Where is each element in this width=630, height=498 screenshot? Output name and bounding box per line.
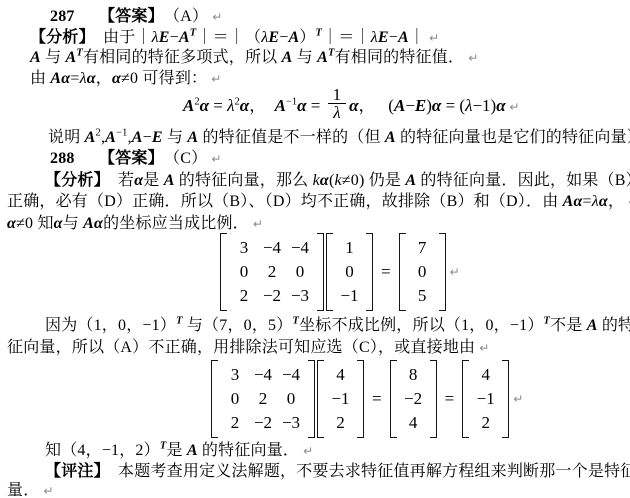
math-variable: Aα [50,70,70,87]
matrix-cell: −4 [249,364,277,386]
vector-result-cells: 7 0 5 [407,233,438,311]
matrix-cell: 2 [249,388,277,410]
math-variable: α [87,70,96,87]
text: （C） [156,150,207,167]
text: 与 [41,49,66,66]
paragraph-mark-icon: ↵ [624,195,630,209]
text: − [170,29,179,46]
text: 与 [292,49,317,66]
text: ， [249,96,275,115]
vector-cell: 0 [336,261,363,283]
superscript-T: T [328,48,335,59]
text: 正确，必有（D）正确．所以（B）、（D）均不正确，故排除（B）和（D）．由 [7,193,563,210]
text: ， [608,193,624,210]
text: 若 [102,172,134,189]
matrix-cell: −4 [258,237,286,259]
vector-cell: −1 [327,388,354,410]
right-bracket-icon [357,360,364,438]
math-variable: A [187,442,198,459]
text: = ( [441,96,465,115]
text: ｜＝｜ [322,29,371,46]
bold-text: 【分析】 [45,172,102,189]
text [75,8,107,25]
text: 本题考查用定义法解题，不要去求特征值再解方程组来判断那一个是特征向 [102,463,630,480]
text: − [143,129,152,146]
matrix-cell: 2 [258,261,286,283]
text: − [405,96,415,115]
right-bracket-icon [430,360,437,438]
math-variable: α [599,193,608,210]
math-variable: A [275,96,286,115]
paragraph-mark-icon: ↵ [513,392,523,406]
matrix-cell: 0 [277,388,305,410]
math-variable: E [378,29,389,46]
superscript: −1 [286,96,297,107]
math-variable: α [320,172,329,189]
text: 由 [30,70,50,87]
bold-text: 【分析】 [30,29,87,46]
paragraph-mark-icon: ↵ [299,444,313,458]
math-variable: A [65,49,76,66]
vector-cell: −1 [472,388,499,410]
paragraph-mark-icon: ↵ [464,51,478,65]
text: ， [96,70,112,87]
vector-cell: −2 [400,388,427,410]
analysis-287-line-1: 【分析】 由于｜λE−AT｜＝｜（λE−A）T｜＝｜λE−A｜ ↵ [30,28,439,48]
paragraph-mark-icon: ↵ [506,100,520,114]
text: 的特征向量．因此，如果（B） [416,172,630,189]
answer-287-line: 287 【答案】 （A） ↵ [50,7,222,27]
matrix-A: 3 −4 −4 0 2 0 2 −2 −3 [211,360,315,438]
text: ≠0 知 [16,215,54,232]
vector-cell: 4 [472,364,499,386]
matrix-A: 3 −4 −4 0 2 0 2 −2 −3 [220,233,324,311]
text [75,150,107,167]
left-bracket-icon [220,233,227,311]
equals-sign: = [372,389,382,409]
text: 有相同的特征多项式，所以 [83,49,282,66]
text: = [70,70,79,87]
vector-cell: 4 [400,412,427,434]
text: = [209,96,227,115]
text: = [583,193,592,210]
text: 的特 [598,317,630,334]
vector-x-cells: 1 0 −1 [334,233,365,311]
text: 量． [7,482,39,498]
matrix-cell: 3 [230,237,258,259]
left-bracket-icon [399,233,406,311]
text: 的特征向量． [198,442,299,459]
matrix-cell: 2 [230,285,258,307]
math-variable: α [7,215,16,232]
text: ｜＝｜（ [196,29,261,46]
bold-text: 288 [50,150,75,167]
analysis-287-line-2: A 与 AT有相同的特征多项式，所以 A 与 AT有相同的特征值． ↵ [30,48,478,68]
right-bracket-icon [502,360,509,438]
vector-cell: 7 [409,237,436,259]
vector-x: 1 0 −1 [326,233,373,311]
paragraph-mark-icon: ↵ [207,152,221,166]
matrix-A-cells: 3 −4 −4 0 2 0 2 −2 −3 [219,360,307,438]
text: 因为（1，0，−1） [45,317,176,334]
text: 征向量，所以（A）不正确，用排除法可知应选（C），或直接地由 [7,339,475,356]
math-variable: α [134,172,143,189]
matrix-equation-1: 3 −4 −4 0 2 0 2 −2 −3 1 0 −1 = [219,233,460,311]
matrix-cell: −3 [286,285,314,307]
math-variable: α [349,96,358,115]
left-bracket-icon [317,360,324,438]
answer-288-line: 288 【答案】 （C） ↵ [50,149,222,169]
bold-text: 【评注】 [45,463,102,480]
math-variable: α [496,96,505,115]
text: 与 [163,129,188,146]
text: ｜ [409,29,425,46]
math-variable: λ [592,193,599,210]
math-variable: α [240,96,249,115]
matrix-cell: −3 [277,412,305,434]
matrix-cell: −2 [249,412,277,434]
document-page: 287 【答案】 （A） ↵ 【分析】 由于｜λE−AT｜＝｜（λE−A）T｜＝… [0,0,630,498]
remark-line-1: 【评注】 本题考查用定义法解题，不要去求特征值再解方程组来判断那一个是特征向 [45,462,630,482]
math-variable: k [334,172,341,189]
left-bracket-icon [462,360,469,438]
text: 与 [63,215,83,232]
vector-final-cells: 4 −1 2 [470,360,501,438]
text: − [389,29,398,46]
matrix-cell: 0 [221,388,249,410]
math-variable: A [105,129,116,146]
text: （A） [156,8,208,25]
math-variable: A [405,172,416,189]
text: 的坐标应当成比例． [103,215,249,232]
vector-final-result: 4 −1 2 [462,360,509,438]
matrix-cell: −4 [277,364,305,386]
equation-right-part: α， (A−E)α = (λ−1)α ↵ [349,91,519,116]
matrix-cell: 0 [286,261,314,283]
matrix-cell: 3 [221,364,249,386]
equation-left-part: A2α = λ2α， A−1α = [183,91,325,116]
right-bracket-icon [308,360,315,438]
math-variable: A [394,96,405,115]
math-variable: A [132,129,143,146]
equals-sign: = [381,262,391,282]
left-bracket-icon [326,233,333,311]
fraction-one-over-lambda: 1 λ [328,86,347,121]
text: = [307,96,325,115]
vector-mid-result: 8 −2 4 [390,360,437,438]
vector-result: 7 0 5 [399,233,446,311]
math-variable: λ [152,29,159,46]
superscript-T: T [76,48,83,59]
right-bracket-icon [366,233,373,311]
vector-cell: 2 [327,412,354,434]
paragraph-mark-icon: ↵ [450,265,460,279]
text: 由于｜ [87,29,152,46]
math-variable: E [415,96,426,115]
text: −1) [472,96,496,115]
analysis-288-line-5: 征向量，所以（A）不正确，用排除法可知应选（C），或直接地由 ↵ [7,338,490,358]
paragraph-mark-icon: ↵ [208,10,222,24]
math-variable: A [587,317,598,334]
text: 与（7，0，5） [183,317,293,334]
analysis-288-line-4: 因为（1，0，−1）T 与（7，0，5）T坐标不成比例，所以（1，0，−1）T不… [45,316,630,336]
text: ≠0) 仍是 [342,172,406,189]
matrix-cell: 0 [230,261,258,283]
math-variable: A [85,129,96,146]
math-variable: Aα [83,215,103,232]
bold-text: 【答案】 [107,150,156,167]
bold-text: 287 [50,8,75,25]
math-variable: A [164,172,175,189]
superscript: −1 [116,128,128,139]
vector-cell: −1 [336,285,363,307]
paragraph-mark-icon: ↵ [475,341,489,355]
math-variable: Aα [563,193,583,210]
paragraph-mark-icon: ↵ [39,484,53,498]
right-bracket-icon [317,233,324,311]
vector-cell: 1 [336,237,363,259]
paragraph-mark-icon: ↵ [249,217,263,231]
vector-mid-cells: 8 −2 4 [398,360,429,438]
text: 不是 [550,317,587,334]
vector-cell: 8 [400,364,427,386]
text: 的特征向量，那么 [175,172,313,189]
math-variable: E [159,29,170,46]
text: 的特征向量也是它们的特征向量）． [396,129,630,146]
vector-cell: 2 [472,412,499,434]
math-variable: α [297,96,306,115]
vector-cell: 0 [409,261,436,283]
paragraph-mark-icon: ↵ [425,31,439,45]
vector-x: 4 −1 2 [317,360,364,438]
vector-cell: 5 [409,285,436,307]
eigenvalue-scalar-equations: A2α = λ2α， A−1α = 1 λ α， (A−E)α = (λ−1)α… [183,84,519,122]
equals-sign: = [445,389,455,409]
math-variable: E [152,129,163,146]
analysis-288-line-3: α≠0 知α与 Aα的坐标应当成比例． ↵ [7,214,263,234]
right-bracket-icon [439,233,446,311]
math-variable: A [317,49,328,66]
math-variable: λ [80,70,87,87]
fraction-denominator: λ [333,104,340,121]
matrix-cell: 2 [221,412,249,434]
analysis-288-line-2: 正确，必有（D）正确．所以（B）、（D）均不正确，故排除（B）和（D）．由 Aα… [7,192,630,212]
text: ， ( [359,96,394,115]
bold-text: 【答案】 [107,8,156,25]
remark-line-2: 量． ↵ [7,481,54,498]
vector-x-cells: 4 −1 2 [325,360,356,438]
math-variable: A [282,49,293,66]
math-variable: A [398,29,409,46]
math-variable: A [288,29,299,46]
matrix-cell: −2 [258,285,286,307]
math-variable: α [432,96,441,115]
superscript-T: T [176,316,183,327]
left-bracket-icon [390,360,397,438]
fraction-numerator: 1 [328,86,347,104]
analysis-288-line-1: 【分析】 若α是 A 的特征向量，那么 kα(k≠0) 仍是 A 的特征向量．因… [45,171,630,191]
text: 是 [143,172,163,189]
math-variable: A [179,29,190,46]
text: 坐标不成比例，所以（1，0，−1） [299,317,543,334]
math-variable: E [268,29,279,46]
math-variable: α [112,70,121,87]
math-variable: α [200,96,209,115]
math-variable: A [187,129,198,146]
text: 的特征值是不一样的（但 [198,129,385,146]
math-variable: A [385,129,396,146]
math-variable: A [30,49,41,66]
matrix-A-cells: 3 −4 −4 0 2 0 2 −2 −3 [228,233,316,311]
math-variable: k [313,172,320,189]
math-variable: λ [371,29,378,46]
text: 有相同的特征值． [335,49,465,66]
left-bracket-icon [211,360,218,438]
matrix-cell: −4 [286,237,314,259]
text: 知（4，−1，2） [45,442,160,459]
math-variable: A [183,96,194,115]
matrix-equation-2: 3 −4 −4 0 2 0 2 −2 −3 4 −1 2 = [210,360,523,438]
text: 是 [166,442,186,459]
text: 说明 [48,129,85,146]
analysis-287-conclusion: 说明 A2,A−1,A−E 与 A 的特征值是不一样的（但 A 的特征向量也是它… [48,128,630,148]
vector-cell: 4 [327,364,354,386]
analysis-288-conclusion: 知（4，−1，2）T是 A 的特征向量． ↵ [45,441,313,461]
text: ） [299,29,315,46]
math-variable: α [54,215,63,232]
